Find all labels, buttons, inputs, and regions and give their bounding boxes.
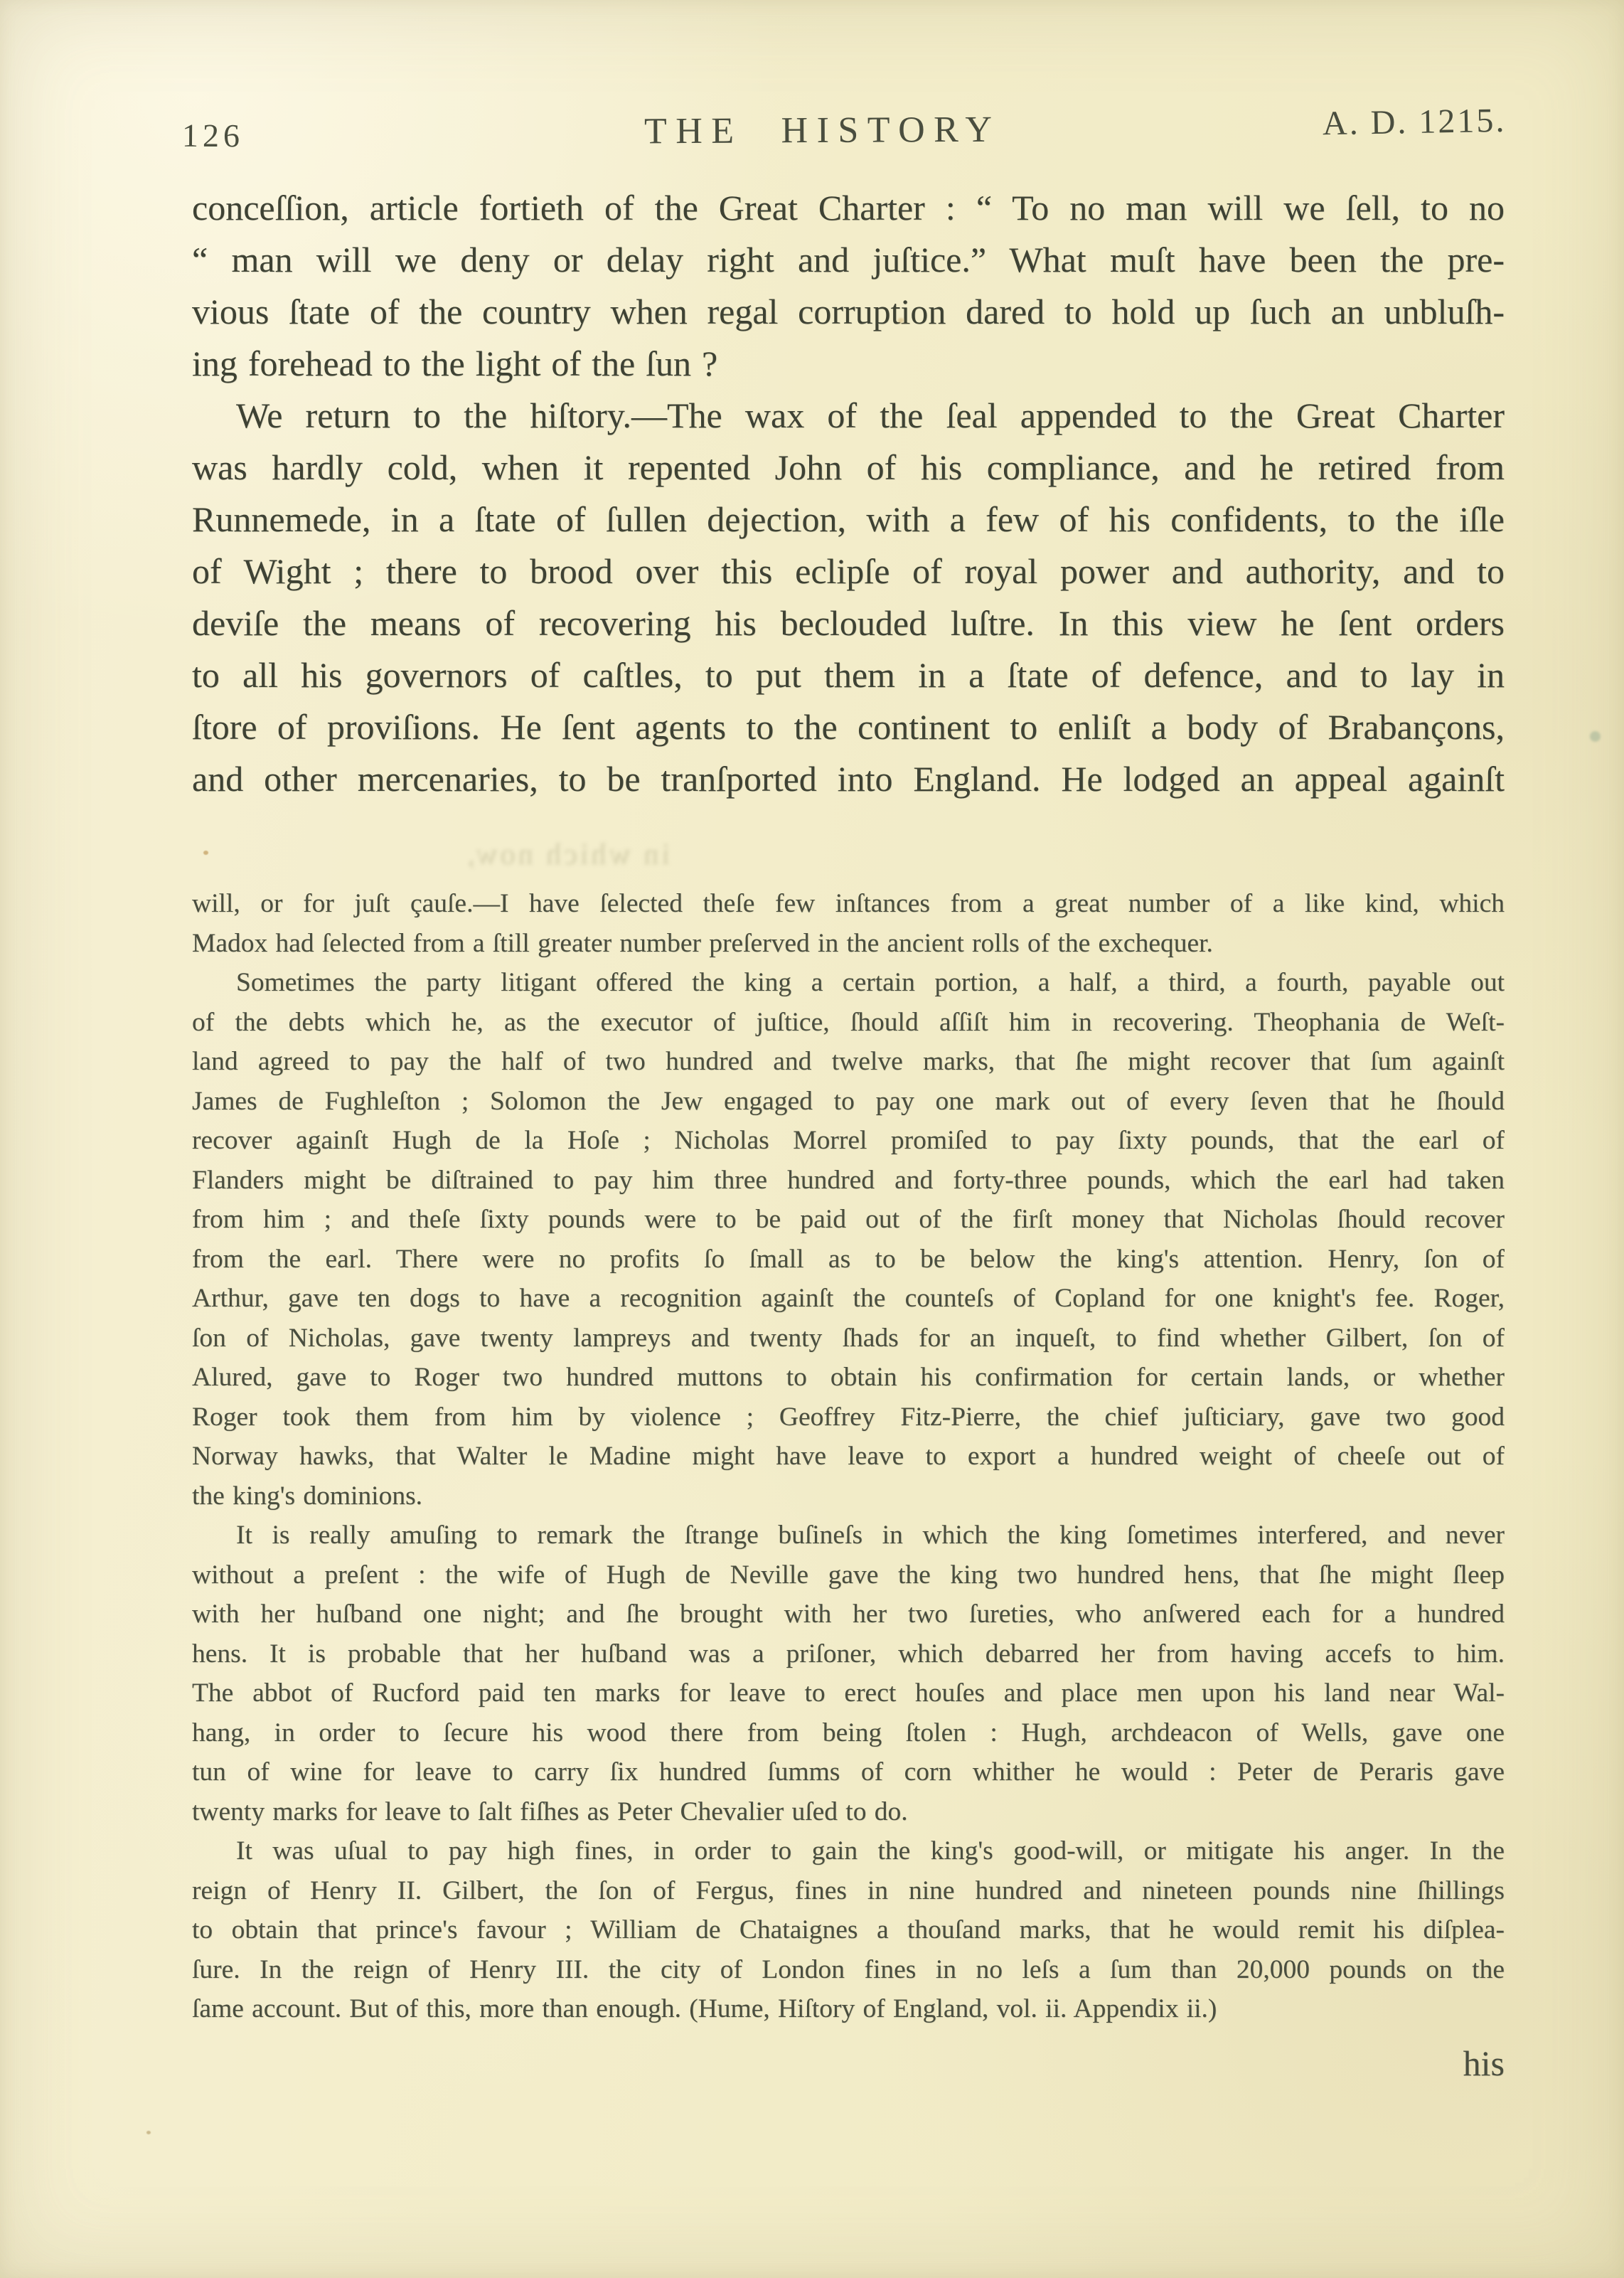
- text-line: It is really amuſing to remark the ſtran…: [192, 1516, 1505, 1555]
- text-line: twenty marks for leave to ſalt fiſhes as…: [192, 1792, 1505, 1832]
- text-line: Runnemede, in a ſtate of ſullen dejectio…: [192, 494, 1505, 545]
- page-number: 126: [182, 117, 244, 155]
- text-line: was hardly cold, when it repented John o…: [192, 442, 1505, 494]
- text-line: from him ; and theſe ſixty pounds were t…: [192, 1200, 1505, 1240]
- text-line: will, or for juſt çauſe.—I have ſelected…: [192, 884, 1505, 924]
- main-text-block: conceſſion, article fortieth of the Grea…: [192, 182, 1505, 805]
- footnote-block: will, or for juſt çauſe.—I have ſelected…: [192, 884, 1505, 2029]
- text-line: Flanders might be diſtrained to pay him …: [192, 1161, 1505, 1201]
- text-line: land agreed to pay the half of two hundr…: [192, 1042, 1505, 1082]
- text-line: Sometimes the party litigant offered the…: [192, 963, 1505, 1003]
- text-line: James de Fughleſton ; Solomon the Jew en…: [192, 1082, 1505, 1122]
- text-line: tun of wine for leave to carry ſix hundr…: [192, 1752, 1505, 1792]
- text-line: ſame account. But of this, more than eno…: [192, 1989, 1505, 2029]
- paper-speck: [203, 851, 208, 855]
- text-line: with her huſband one night; and ſhe brou…: [192, 1595, 1505, 1634]
- text-line: ing forehead to the light of the ſun ?: [192, 338, 1505, 390]
- marginal-year: A. D. 1215.: [1322, 101, 1506, 144]
- text-line: deviſe the means of recovering his beclo…: [192, 597, 1505, 649]
- text-line: “ man will we deny or delay right and ju…: [192, 234, 1505, 286]
- text-line: It was uſual to pay high fines, in order…: [192, 1831, 1505, 1871]
- catchword: his: [1463, 2043, 1505, 2084]
- text-line: ſtore of proviſions. He ſent agents to t…: [192, 701, 1505, 753]
- text-line: The abbot of Rucford paid ten marks for …: [192, 1673, 1505, 1713]
- text-line: conceſſion, article fortieth of the Grea…: [192, 182, 1505, 234]
- text-line: hang, in order to ſecure his wood there …: [192, 1713, 1505, 1753]
- text-line: from the earl. There were no profits ſo …: [192, 1240, 1505, 1279]
- paper-speck: [1590, 731, 1601, 742]
- paper-speck: [146, 2131, 151, 2134]
- text-line: Arthur, gave ten dogs to have a recognit…: [192, 1279, 1505, 1319]
- text-line: to all his governors of caſtles, to put …: [192, 649, 1505, 701]
- text-line: We return to the hiſtory.—The wax of the…: [192, 390, 1505, 442]
- text-line: Madox had ſelected from a ſtill greater …: [192, 924, 1505, 964]
- text-line: of Wight ; there to brood over this ecli…: [192, 545, 1505, 597]
- text-line: hens. It is probable that her huſband wa…: [192, 1634, 1505, 1674]
- text-line: ſon of Nicholas, gave twenty lampreys an…: [192, 1319, 1505, 1358]
- running-header: 126 THE HISTORY A. D. 1215.: [0, 107, 1624, 156]
- text-line: reign of Henry II. Gilbert, the ſon of F…: [192, 1871, 1505, 1911]
- text-line: Roger took them from him by violence ; G…: [192, 1398, 1505, 1437]
- text-line: Norway hawks, that Walter le Madine migh…: [192, 1437, 1505, 1476]
- text-line: vious ſtate of the country when regal co…: [192, 286, 1505, 338]
- text-line: and other mercenaries, to be tranſported…: [192, 753, 1505, 805]
- text-line: to obtain that prince's favour ; William…: [192, 1910, 1505, 1950]
- show-through-ghost-text: in which now,: [201, 838, 670, 880]
- book-page: 126 THE HISTORY A. D. 1215. in which now…: [0, 0, 1624, 2278]
- text-line: of the debts which he, as the executor o…: [192, 1003, 1505, 1043]
- running-title: THE HISTORY: [644, 109, 1001, 153]
- text-line: without a preſent : the wife of Hugh de …: [192, 1555, 1505, 1595]
- paper-speck: [898, 318, 904, 323]
- text-line: Alured, gave to Roger two hundred mutton…: [192, 1358, 1505, 1398]
- text-line: ſure. In the reign of Henry III. the cit…: [192, 1950, 1505, 1990]
- text-line: the king's dominions.: [192, 1476, 1505, 1516]
- text-line: recover againſt Hugh de la Hoſe ; Nichol…: [192, 1121, 1505, 1161]
